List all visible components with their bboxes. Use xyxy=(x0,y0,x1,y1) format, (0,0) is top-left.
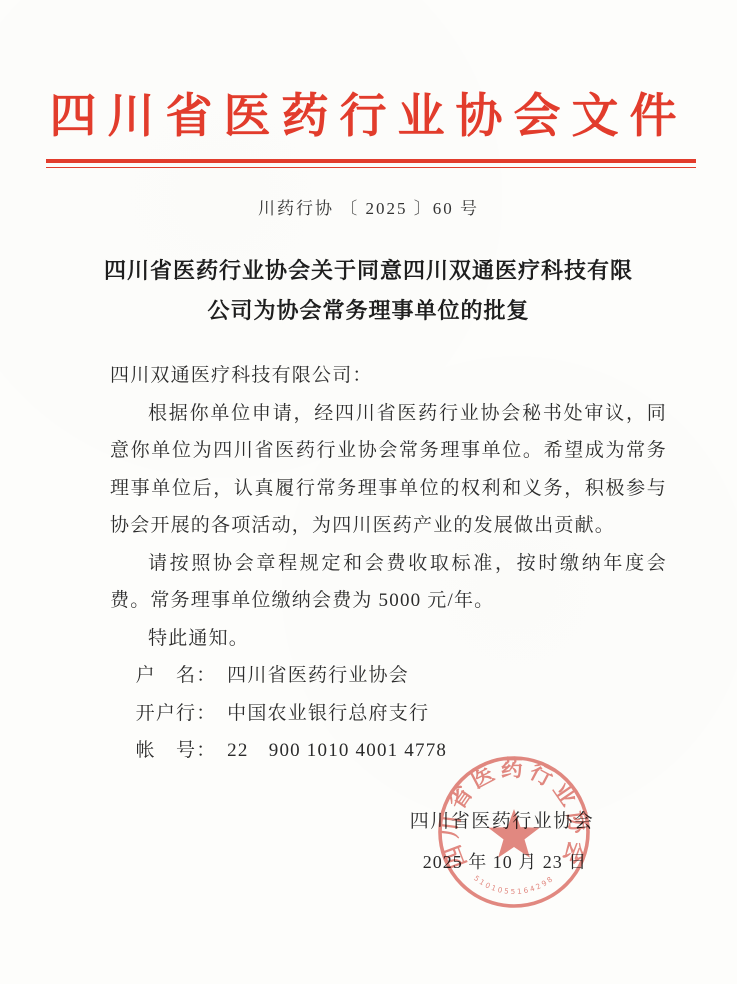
closing-line: 特此通知。 xyxy=(110,620,667,658)
document-title: 四川省医药行业协会关于同意四川双通医疗科技有限 公司为协会常务理事单位的批复 xyxy=(60,251,677,331)
body-paragraph-1: 根据你单位申请，经四川省医药行业协会秘书处审议，同意你单位为四川省医药行业协会常… xyxy=(110,395,667,545)
red-divider-rule xyxy=(46,159,696,168)
document-number: 川药行协 〔 2025 〕60 号 xyxy=(0,194,737,219)
document-page: 四川省医药行业协会文件 川药行协 〔 2025 〕60 号 四川省医药行业协会关… xyxy=(0,0,737,984)
bank-account-name-line: 户 名： 四川省医药行业协会 xyxy=(110,657,667,695)
addressee-line: 四川双通医疗科技有限公司： xyxy=(110,357,667,395)
bank-branch-line: 开户行： 中国农业银行总府支行 xyxy=(110,695,667,733)
seal-serial-number: 5101055164298 xyxy=(472,873,556,896)
document-body: 四川双通医疗科技有限公司： 根据你单位申请，经四川省医药行业协会秘书处审议，同意… xyxy=(110,357,667,770)
document-title-line-2: 公司为协会常务理事单位的批复 xyxy=(60,291,677,331)
body-paragraph-2: 请按照协会章程规定和会费收取标准，按时缴纳年度会费。常务理事单位缴纳会费为 50… xyxy=(110,545,667,620)
letterhead-title: 四川省医药行业协会文件 xyxy=(0,0,737,149)
document-title-line-1: 四川省医药行业协会关于同意四川双通医疗科技有限 xyxy=(60,251,677,291)
seal-star-icon xyxy=(488,809,539,858)
official-seal: 四川省医药行业协会 5101055164298 xyxy=(434,752,594,912)
